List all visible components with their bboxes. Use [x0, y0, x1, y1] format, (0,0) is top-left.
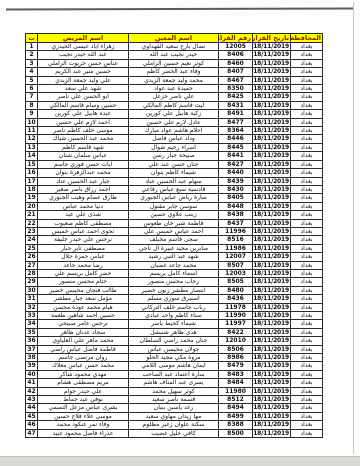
- cell-decision-date: 18/11/2019: [253, 202, 291, 210]
- cell-patient-name: سجاد عدنان ظاهر: [38, 328, 129, 336]
- cell-appointee-name: كوثر سهيل محمد: [129, 387, 219, 395]
- cell-row-number: 16: [26, 169, 38, 177]
- cell-appointee-name: سوسن جابر مقتول: [129, 202, 219, 210]
- cell-patient-name: عذراء فاضل محمود عبيد: [38, 429, 129, 437]
- cell-patient-name: رضا محمد جاعد: [38, 261, 129, 269]
- cell-decision-date: 18/11/2019: [253, 51, 291, 59]
- table-row: بغداد 18/11/2019 8467 محمد وليد جمعة الز…: [26, 76, 323, 84]
- cell-row-number: 10: [26, 118, 38, 126]
- cell-appointee-name: كوثر نعيم حسين الزاملي: [129, 59, 219, 67]
- cell-decision-date: 18/11/2019: [253, 185, 291, 193]
- cell-decision-no: 11980: [219, 387, 253, 395]
- page-top-edge: [6, 8, 354, 11]
- cell-appointee-name: حميدة عبد عواد: [129, 85, 219, 93]
- cell-patient-name: جبار عبد الحسين عناد: [38, 177, 129, 185]
- cell-governorate: بغداد: [291, 354, 323, 362]
- cell-appointee-name: مروة مكي مجيد الحلو: [129, 354, 219, 362]
- cell-patient-name: حسين احمد شاهين طعمة: [38, 312, 129, 320]
- cell-decision-date: 18/11/2019: [253, 412, 291, 420]
- cell-decision-no: 8500: [219, 429, 253, 437]
- cell-decision-no: 8407: [219, 68, 253, 76]
- cell-row-number: 34: [26, 320, 38, 328]
- cell-decision-date: 18/11/2019: [253, 160, 291, 168]
- cell-decision-date: 18/11/2019: [253, 320, 291, 328]
- cell-row-number: 45: [26, 412, 38, 420]
- cell-appointee-name: صبيحة جبار رسن: [129, 152, 219, 160]
- cell-governorate: بغداد: [291, 429, 323, 437]
- cell-decision-date: 18/11/2019: [253, 211, 291, 219]
- table-row: بغداد 18/11/2019 12003 اسماء كامل بريسم …: [26, 269, 323, 277]
- cell-patient-name: ابو الحسن علي ناصر: [38, 93, 129, 101]
- table-row: بغداد 18/11/2019 11990 سناء كاظم واحد عب…: [26, 312, 323, 320]
- table-row: بغداد 18/11/2019 8491 زكية هابيل علي كور…: [26, 110, 323, 118]
- cell-row-number: 42: [26, 387, 38, 395]
- cell-row-number: 9: [26, 110, 38, 118]
- cell-governorate: بغداد: [291, 219, 323, 227]
- cell-appointee-name: جولان محيسن عباس: [129, 345, 219, 353]
- cell-governorate: بغداد: [291, 118, 323, 126]
- cell-row-number: 35: [26, 328, 38, 336]
- cell-patient-name: ختام محسن منصور: [38, 278, 129, 286]
- cell-appointee-name: وداد عباس فاضل: [129, 135, 219, 143]
- cell-patient-name: محمد ماهر علي العلياوي: [38, 337, 129, 345]
- cell-patient-name: زهراء اياد عيسى الحيدري: [38, 43, 129, 51]
- cell-row-number: 38: [26, 354, 38, 362]
- cell-appointee-name: قادسية سبع عباس رفاعي: [129, 185, 219, 193]
- cell-patient-name: عبد الله حيدر نجيب: [38, 51, 129, 59]
- cell-decision-date: 18/11/2019: [253, 219, 291, 227]
- cell-decision-no: 8430: [219, 185, 253, 193]
- cell-governorate: بغداد: [291, 85, 323, 93]
- table-row: بغداد 18/11/2019 8499 مها زيدان مهاوي سع…: [26, 412, 323, 420]
- cell-row-number: 44: [26, 404, 38, 412]
- cell-patient-name: طارق عصام وهيب الجبوري: [38, 194, 129, 202]
- cell-row-number: 32: [26, 303, 38, 311]
- cell-row-number: 1: [26, 43, 38, 51]
- cell-appointee-name: شيماء كحيط ياسر: [129, 320, 219, 328]
- cell-governorate: بغداد: [291, 152, 323, 160]
- cell-row-number: 6: [26, 85, 38, 93]
- table-row: بغداد 18/11/2019 8986 مروة مكي مجيد الحل…: [26, 354, 323, 362]
- cell-row-number: 22: [26, 219, 38, 227]
- cell-governorate: بغداد: [291, 68, 323, 76]
- cell-patient-name: علي وليد جمعة الزيدي: [38, 76, 129, 84]
- cell-decision-date: 18/11/2019: [253, 59, 291, 67]
- cell-decision-date: 18/11/2019: [253, 169, 291, 177]
- cell-governorate: بغداد: [291, 211, 323, 219]
- cell-row-number: 40: [26, 370, 38, 378]
- cell-patient-name: محمد عبد الحسين شياك: [38, 135, 129, 143]
- table-row: بغداد 18/11/2019 8431 ليث قاسم كاظم الما…: [26, 101, 323, 109]
- cell-decision-date: 18/11/2019: [253, 85, 291, 93]
- cell-governorate: بغداد: [291, 345, 323, 353]
- cell-decision-date: 18/11/2019: [253, 43, 291, 51]
- table-row: بغداد 18/11/2019 8405 سارة رياض عباس الج…: [26, 194, 323, 202]
- cell-appointee-name: محمد وليد جمعة الزيدي: [129, 76, 219, 84]
- cell-governorate: بغداد: [291, 362, 323, 370]
- table-row: بغداد 18/11/2019 12007 شهد عبد النبي رشي…: [26, 253, 323, 261]
- cell-decision-no: 8431: [219, 101, 253, 109]
- cell-decision-no: 8507: [219, 261, 253, 269]
- cell-appointee-name: اسماء كامل بريسم: [129, 269, 219, 277]
- cell-row-number: 41: [26, 379, 38, 387]
- cell-governorate: بغداد: [291, 101, 323, 109]
- header-decision-no: رقم القرار: [219, 34, 253, 43]
- cell-row-number: 18: [26, 185, 38, 193]
- cell-row-number: 14: [26, 152, 38, 160]
- cell-appointee-name: حيدر نجيب عبد الله: [129, 51, 219, 59]
- cell-governorate: بغداد: [291, 244, 323, 252]
- cell-decision-no: 8477: [219, 118, 253, 126]
- table-row: بغداد 18/11/2019 8446 وداد عباس فاضل محم…: [26, 135, 323, 143]
- cell-decision-no: 8405: [219, 194, 253, 202]
- cell-appointee-name: ايمان هاشم موسى اللامي: [129, 362, 219, 370]
- cell-patient-name: موسى خلف كاظم ناصر: [38, 127, 129, 135]
- cell-patient-name: عباس حمزة جلال: [38, 253, 129, 261]
- cell-patient-name: عباس سلمان شنان: [38, 152, 129, 160]
- cell-patient-name: عبده هابيل علي كورين: [38, 110, 129, 118]
- table-row: بغداد 18/11/2019 8364 احلام هاشم عواد مب…: [26, 127, 323, 135]
- cell-appointee-name: فاطمة شير خان طعوس: [129, 219, 219, 227]
- cell-row-number: 39: [26, 362, 38, 370]
- cell-appointee-name: شهد عبد النبي رشيد: [129, 253, 219, 261]
- cell-decision-date: 18/11/2019: [253, 127, 291, 135]
- cell-appointee-name: سهام عبد الحسين عناد: [129, 177, 219, 185]
- cell-decision-date: 18/11/2019: [253, 177, 291, 185]
- cell-row-number: 46: [26, 421, 38, 429]
- cell-decision-date: 18/11/2019: [253, 328, 291, 336]
- cell-governorate: بغداد: [291, 76, 323, 84]
- cell-governorate: بغداد: [291, 261, 323, 269]
- cell-appointee-name: رغد ياسين بنيان: [129, 404, 219, 412]
- table-row: بغداد 18/11/2019 8441 صبيحة جبار رسن عبا…: [26, 152, 323, 160]
- cell-governorate: بغداد: [291, 202, 323, 210]
- cell-decision-no: 8446: [219, 135, 253, 143]
- cell-patient-name: ايات حسن فوزي جاسم: [38, 160, 129, 168]
- table-row: بغداد 18/11/2019 8437 فاطمة شير خان طعوس…: [26, 219, 323, 227]
- cell-appointee-name: سارة اعتماد عبد الصاحب: [129, 370, 219, 378]
- cell-decision-date: 18/11/2019: [253, 286, 291, 294]
- cell-decision-no: 11990: [219, 312, 253, 320]
- cell-row-number: 15: [26, 160, 38, 168]
- cell-appointee-name: ليث قاسم كاظم المالكي: [129, 101, 219, 109]
- cell-decision-date: 18/11/2019: [253, 354, 291, 362]
- cell-decision-no: 11997: [219, 320, 253, 328]
- table-row: بغداد 18/11/2019 11996 احمد عباس خميس عل…: [26, 227, 323, 235]
- cell-decision-no: 8499: [219, 412, 253, 420]
- cell-decision-no: 8439: [219, 177, 253, 185]
- cell-decision-no: 8364: [219, 127, 253, 135]
- cell-row-number: 8: [26, 101, 38, 109]
- scanned-page: المحافظة تاريخ القرار رقم القرار اسم الم…: [0, 0, 360, 466]
- table-row: بغداد 18/11/2019 8445 اسراء رحيم شوال شه…: [26, 143, 323, 151]
- cell-decision-date: 18/11/2019: [253, 152, 291, 160]
- cell-appointee-name: زكية هابيل علي كورين: [129, 110, 219, 118]
- table-row: بغداد 18/11/2019 8448 سوسن جابر مقتول دن…: [26, 202, 323, 210]
- cell-governorate: بغداد: [291, 143, 323, 151]
- cell-appointee-name: عادل لازم علي حسين: [129, 118, 219, 126]
- cell-row-number: 4: [26, 68, 38, 76]
- cell-appointee-name: رحاب محسن منصور: [129, 278, 219, 286]
- table-row: بغداد 18/11/2019 8438 زينب علاوي حسين شذ…: [26, 211, 323, 219]
- cell-decision-date: 18/11/2019: [253, 101, 291, 109]
- cell-governorate: بغداد: [291, 127, 323, 135]
- cell-row-number: 47: [26, 429, 38, 437]
- cell-patient-name: نرجس عامر صبيحي: [38, 320, 129, 328]
- cell-patient-name: محمد حسن عباس معلاك: [38, 362, 129, 370]
- cell-decision-no: 8438: [219, 211, 253, 219]
- cell-patient-name: حسين منير عبد الكريم: [38, 68, 129, 76]
- cell-decision-no: 8512: [219, 396, 253, 404]
- cell-appointee-name: هدى ظاهر شنيشل: [129, 328, 219, 336]
- cell-patient-name: احمد لازم علي حسين: [38, 118, 129, 126]
- cell-governorate: بغداد: [291, 93, 323, 101]
- cell-patient-name: نرجس علي حيدر خليفة: [38, 236, 129, 244]
- cell-appointee-name: يسرى عبد المناف هاشم: [129, 379, 219, 387]
- cell-appointee-name: وفاء عبد الخضر كاظم: [129, 68, 219, 76]
- cell-decision-no: 8427: [219, 160, 253, 168]
- cell-decision-date: 18/11/2019: [253, 244, 291, 252]
- cell-decision-date: 18/11/2019: [253, 396, 291, 404]
- cell-decision-date: 18/11/2019: [253, 118, 291, 126]
- cell-governorate: بغداد: [291, 370, 323, 378]
- cell-patient-name: شهد قاسم كاظم: [38, 143, 129, 151]
- cell-decision-date: 18/11/2019: [253, 303, 291, 311]
- table-body: بغداد 18/11/2019 12005 نضال بارح سعيد ال…: [26, 43, 323, 438]
- cell-governorate: بغداد: [291, 387, 323, 395]
- table-row: بغداد 18/11/2019 8507 محمد جاعد غضبان رض…: [26, 261, 323, 269]
- cell-decision-no: 8448: [219, 202, 253, 210]
- cell-decision-date: 18/11/2019: [253, 278, 291, 286]
- cell-appointee-name: احلام هاشم عواد مبارك: [129, 127, 219, 135]
- cell-decision-date: 18/11/2019: [253, 337, 291, 345]
- cell-decision-no: 8350: [219, 85, 253, 93]
- cell-patient-name: عباس حسن خريوت الزاملي: [38, 59, 129, 67]
- cell-patient-name: نجوى احمد عباس خميس: [38, 227, 129, 235]
- cell-appointee-name: جنان حسن عبد علي: [129, 160, 219, 168]
- header-appointee-name: اسم المعين: [129, 34, 219, 43]
- cell-decision-date: 18/11/2019: [253, 194, 291, 202]
- cell-decision-no: 8479: [219, 362, 253, 370]
- table-row: بغداد 18/11/2019 8422 هدى ظاهر شنيشل سجا…: [26, 328, 323, 336]
- cell-appointee-name: نضال بارح سعيد الفهداوي: [129, 43, 219, 51]
- cell-governorate: بغداد: [291, 185, 323, 193]
- cell-patient-name: نوفي عيد جماط: [38, 396, 129, 404]
- cell-row-number: 11: [26, 127, 38, 135]
- cell-row-number: 19: [26, 194, 38, 202]
- table-header-row: المحافظة تاريخ القرار رقم القرار اسم الم…: [26, 34, 323, 43]
- cell-appointee-name: زينب علاوي حسين: [129, 211, 219, 219]
- cell-appointee-name: سجى قاسم مخيلف: [129, 236, 219, 244]
- cell-decision-no: 11978: [219, 303, 253, 311]
- cell-patient-name: شذى علي عيد: [38, 211, 129, 219]
- cell-decision-date: 18/11/2019: [253, 236, 291, 244]
- cell-patient-name: حسين وسام قاسم المالكي: [38, 101, 129, 109]
- table-row: بغداد 18/11/2019 8480 انتصار مطشر زبون خ…: [26, 286, 323, 294]
- cell-patient-name: هيام محمد عودة محسن: [38, 303, 129, 311]
- table-row: بغداد 18/11/2019 8406 حيدر نجيب عبد الله…: [26, 51, 323, 59]
- table-row: بغداد 18/11/2019 8483 سارة اعتماد عبد ال…: [26, 370, 323, 378]
- cell-decision-date: 18/11/2019: [253, 269, 291, 277]
- cell-decision-no: 12010: [219, 337, 253, 345]
- cell-decision-date: 18/11/2019: [253, 68, 291, 76]
- cell-decision-no: 8986: [219, 354, 253, 362]
- cell-row-number: 2: [26, 51, 38, 59]
- cell-decision-no: 8422: [219, 328, 253, 336]
- cell-row-number: 24: [26, 236, 38, 244]
- header-decision-date: تاريخ القرار: [253, 34, 291, 43]
- header-governorate: المحافظة: [291, 34, 323, 43]
- cell-row-number: 37: [26, 345, 38, 353]
- cell-governorate: بغداد: [291, 43, 323, 51]
- cell-decision-no: 8406: [219, 51, 253, 59]
- cell-appointee-name: علي ناصر خزعل: [129, 93, 219, 101]
- cell-governorate: بغداد: [291, 328, 323, 336]
- decisions-table: المحافظة تاريخ القرار رقم القرار اسم الم…: [25, 33, 323, 438]
- cell-governorate: بغداد: [291, 236, 323, 244]
- cell-appointee-name: انتصار مطشر زبون خضير: [129, 286, 219, 294]
- cell-patient-name: بشرى عباس مزعل التميمي: [38, 404, 129, 412]
- cell-decision-date: 18/11/2019: [253, 261, 291, 269]
- table-row: بغداد 18/11/2019 8430 قادسية سبع عباس رف…: [26, 185, 323, 193]
- cell-patient-name: دنيا محمد عباس: [38, 202, 129, 210]
- cell-decision-no: 8483: [219, 370, 253, 378]
- cell-appointee-name: سناء كاظم واحد عبادي: [129, 312, 219, 320]
- cell-decision-no: 8436: [219, 295, 253, 303]
- table-row: بغداد 18/11/2019 12005 نضال بارح سعيد ال…: [26, 43, 323, 51]
- cell-governorate: بغداد: [291, 110, 323, 118]
- table-row: بغداد 18/11/2019 8494 رغد ياسين بنيان بش…: [26, 404, 323, 412]
- table-row: بغداد 18/11/2019 8479 ايمان هاشم موسى ال…: [26, 362, 323, 370]
- cell-decision-no: 8506: [219, 345, 253, 353]
- cell-row-number: 20: [26, 202, 38, 210]
- cell-governorate: بغداد: [291, 169, 323, 177]
- cell-appointee-name: احمد عباس خميس علي: [129, 227, 219, 235]
- cell-patient-name: شهد علي سعد: [38, 85, 129, 93]
- cell-decision-no: 11986: [219, 244, 253, 252]
- table-row: بغداد 18/11/2019 8477 عادل لازم علي حسين…: [26, 118, 323, 126]
- cell-decision-no: 8440: [219, 169, 253, 177]
- cell-appointee-name: سكنة علوان زغير مظلوم: [129, 421, 219, 429]
- cell-governorate: بغداد: [291, 253, 323, 261]
- cell-patient-name: خضر كامل بريسم علي: [38, 269, 129, 277]
- page-right-edge: [353, 2, 354, 454]
- table-row: بغداد 18/11/2019 11978 رباب جاسم خلف الت…: [26, 303, 323, 311]
- table-row: بغداد 18/11/2019 8407 وفاء عبد الخضر كاظ…: [26, 68, 323, 76]
- cell-governorate: بغداد: [291, 404, 323, 412]
- cell-appointee-name: قسمة ناصر سعيد: [129, 396, 219, 404]
- table-row: بغداد 18/11/2019 11997 شيماء كحيط ياسر ن…: [26, 320, 323, 328]
- cell-governorate: بغداد: [291, 194, 323, 202]
- cell-decision-date: 18/11/2019: [253, 421, 291, 429]
- cell-decision-no: 8480: [219, 286, 253, 294]
- cell-decision-no: 12007: [219, 253, 253, 261]
- cell-decision-date: 18/11/2019: [253, 429, 291, 437]
- cell-decision-date: 18/11/2019: [253, 143, 291, 151]
- table-row: بغداد 18/11/2019 8436 استبرق سوري مسلم م…: [26, 295, 323, 303]
- cell-decision-no: 8425: [219, 93, 253, 101]
- cell-patient-name: روان مرتضى جاسم: [38, 354, 129, 362]
- cell-patient-name: مهدي محمود شاكر: [38, 370, 129, 378]
- cell-decision-date: 18/11/2019: [253, 253, 291, 261]
- table-row: بغداد 18/11/2019 8388 سكنة علوان زغير مظ…: [26, 421, 323, 429]
- cell-row-number: 33: [26, 312, 38, 320]
- cell-appointee-name: كافي خليل غضيب: [129, 429, 219, 437]
- cell-decision-no: 8388: [219, 421, 253, 429]
- cell-governorate: بغداد: [291, 379, 323, 387]
- cell-decision-date: 18/11/2019: [253, 387, 291, 395]
- cell-row-number: 29: [26, 278, 38, 286]
- cell-decision-no: 12005: [219, 43, 253, 51]
- cell-patient-name: مصطفى ثاير جبار: [38, 244, 129, 252]
- header-row-number: ت: [26, 34, 38, 43]
- cell-governorate: بغداد: [291, 337, 323, 345]
- cell-decision-date: 18/11/2019: [253, 93, 291, 101]
- cell-decision-date: 18/11/2019: [253, 362, 291, 370]
- cell-row-number: 31: [26, 295, 38, 303]
- cell-appointee-name: مها زيدان مهاوي سعيد: [129, 412, 219, 420]
- cell-row-number: 12: [26, 135, 38, 143]
- cell-row-number: 13: [26, 143, 38, 151]
- cell-decision-no: 11996: [219, 227, 253, 235]
- table-row: بغداد 18/11/2019 8506 جولان محيسن عباس ف…: [26, 345, 323, 353]
- cell-appointee-name: شيماء كاظم بنوان: [129, 169, 219, 177]
- cell-appointee-name: رباب جاسم خلف التركاني: [129, 303, 219, 311]
- table-row: بغداد 18/11/2019 8427 جنان حسن عبد علي ا…: [26, 160, 323, 168]
- cell-appointee-name: استبرق سوري مسلم: [129, 295, 219, 303]
- cell-patient-name: مريم مصطفى هشام: [38, 379, 129, 387]
- cell-governorate: بغداد: [291, 286, 323, 294]
- cell-decision-date: 18/11/2019: [253, 135, 291, 143]
- cell-governorate: بغداد: [291, 51, 323, 59]
- cell-patient-name: احمد رزاق ناصر صغير: [38, 185, 129, 193]
- cell-appointee-name: صابرين مجيد غبيرة ال ناجي: [129, 244, 219, 252]
- cell-row-number: 27: [26, 261, 38, 269]
- cell-decision-date: 18/11/2019: [253, 345, 291, 353]
- cell-row-number: 7: [26, 93, 38, 101]
- cell-decision-no: 8516: [219, 236, 253, 244]
- cell-appointee-name: سارة رياض عباس الجبوري: [129, 194, 219, 202]
- cell-row-number: 30: [26, 286, 38, 294]
- cell-decision-date: 18/11/2019: [253, 227, 291, 235]
- cell-governorate: بغداد: [291, 312, 323, 320]
- cell-appointee-name: محمد جاعد غضبان: [129, 261, 219, 269]
- cell-governorate: بغداد: [291, 295, 323, 303]
- cell-row-number: 23: [26, 227, 38, 235]
- cell-row-number: 26: [26, 253, 38, 261]
- cell-appointee-name: اسراء رحيم شوال: [129, 143, 219, 151]
- cell-row-number: 5: [26, 76, 38, 84]
- cell-row-number: 36: [26, 337, 38, 345]
- cell-governorate: بغداد: [291, 59, 323, 67]
- table-row: بغداد 18/11/2019 12010 حنان محمد راضي ال…: [26, 337, 323, 345]
- table-row: بغداد 18/11/2019 11986 صابرين مجيد غبيرة…: [26, 244, 323, 252]
- cell-row-number: 25: [26, 244, 38, 252]
- cell-decision-no: 8484: [219, 379, 253, 387]
- cell-governorate: بغداد: [291, 320, 323, 328]
- page-bottom-shadow: [0, 456, 360, 466]
- cell-row-number: 43: [26, 396, 38, 404]
- table-row: بغداد 18/11/2019 8439 سهام عبد الحسين عن…: [26, 177, 323, 185]
- cell-governorate: بغداد: [291, 227, 323, 235]
- cell-patient-name: مصطفى كاظم صعيوب: [38, 219, 129, 227]
- table-row: بغداد 18/11/2019 8425 علي ناصر خزعل ابو …: [26, 93, 323, 101]
- cell-decision-date: 18/11/2019: [253, 76, 291, 84]
- cell-patient-name: موسى علاء فلاح حسين: [38, 412, 129, 420]
- cell-patient-name: وفاء نمر عنكود محمد: [38, 421, 129, 429]
- header-patient-name: اسم المريض: [38, 34, 129, 43]
- cell-appointee-name: حنان محمد راضي السلطان: [129, 337, 219, 345]
